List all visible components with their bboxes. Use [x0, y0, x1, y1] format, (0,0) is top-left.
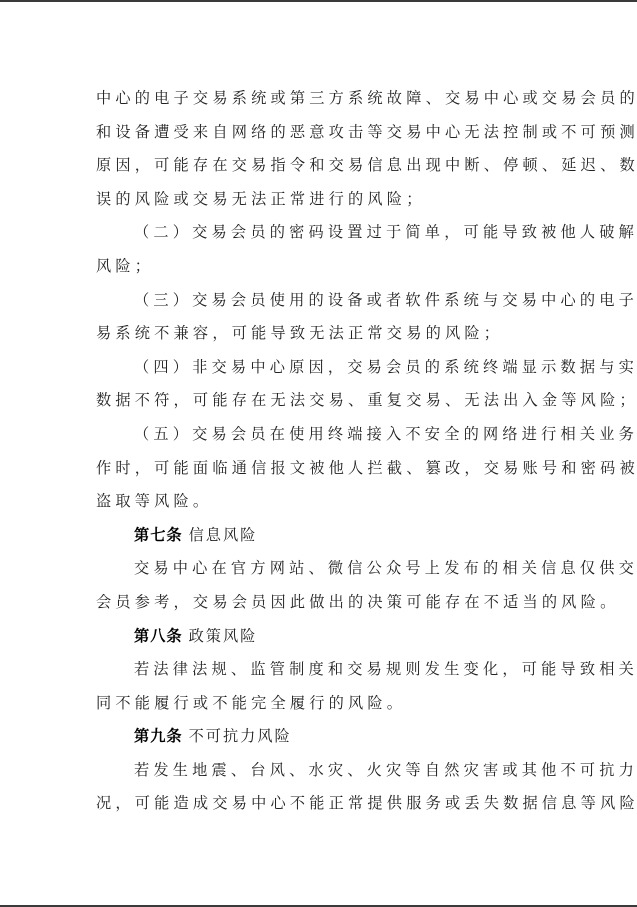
article-heading: 第九条不可抗力风险: [96, 720, 542, 754]
article-title: 不可抗力风险: [189, 727, 292, 745]
text-line: 误的风险或交易无法正常进行的风险；: [96, 183, 542, 217]
text-line: 和设备遭受来自网络的恶意攻击等交易中心无法控制或不可预测的: [96, 116, 542, 150]
article-title: 信息风险: [189, 526, 258, 544]
text-line: 中心的电子交易系统或第三方系统故障、交易中心或交易会员的网络: [96, 82, 542, 116]
article-title: 政策风险: [189, 627, 258, 645]
article-number: 第八条: [134, 627, 183, 645]
text-line: 会员参考，交易会员因此做出的决策可能存在不适当的风险。: [96, 586, 542, 620]
list-item-5: （五）交易会员在使用终端接入不安全的网络进行相关业务操 作时，可能面临通信报文被…: [96, 418, 542, 519]
text-line: 若法律法规、监管制度和交易规则发生变化，可能导致相关合: [96, 653, 542, 687]
text-line: 原因，可能存在交易指令和交易信息出现中断、停顿、延迟、数据错: [96, 149, 542, 183]
text-line: 况，可能造成交易中心不能正常提供服务或丢失数据信息等风险。: [96, 787, 542, 821]
text-line: （四）非交易中心原因，交易会员的系统终端显示数据与实际: [96, 351, 542, 385]
article-8: 第八条政策风险 若法律法规、监管制度和交易规则发生变化，可能导致相关合 同不能履…: [96, 620, 542, 721]
list-item-2: （二）交易会员的密码设置过于简单，可能导致被他人破解的 风险；: [96, 216, 542, 283]
text-line: （三）交易会员使用的设备或者软件系统与交易中心的电子交: [96, 284, 542, 318]
article-heading: 第八条政策风险: [96, 620, 542, 654]
article-heading: 第七条信息风险: [96, 519, 542, 553]
text-line: 若发生地震、台风、水灾、火灾等自然灾害或其他不可抗力情: [96, 754, 542, 788]
text-line: 作时，可能面临通信报文被他人拦截、篡改，交易账号和密码被他人: [96, 452, 542, 486]
article-number: 第九条: [134, 727, 183, 745]
text-line: 盗取等风险。: [96, 485, 542, 519]
text-line: 易系统不兼容，可能导致无法正常交易的风险；: [96, 317, 542, 351]
text-line: （五）交易会员在使用终端接入不安全的网络进行相关业务操: [96, 418, 542, 452]
page-top-border: [0, 0, 637, 2]
text-line: （二）交易会员的密码设置过于简单，可能导致被他人破解的: [96, 216, 542, 250]
list-item-4: （四）非交易中心原因，交易会员的系统终端显示数据与实际 数据不符，可能存在无法交…: [96, 351, 542, 418]
text-line: 风险；: [96, 250, 542, 284]
text-line: 同不能履行或不能完全履行的风险。: [96, 687, 542, 721]
article-number: 第七条: [134, 526, 183, 544]
text-line: 交易中心在官方网站、微信公众号上发布的相关信息仅供交易: [96, 552, 542, 586]
article-7: 第七条信息风险 交易中心在官方网站、微信公众号上发布的相关信息仅供交易 会员参考…: [96, 519, 542, 620]
text-line: 数据不符，可能存在无法交易、重复交易、无法出入金等风险；: [96, 384, 542, 418]
document-page: 中心的电子交易系统或第三方系统故障、交易中心或交易会员的网络 和设备遭受来自网络…: [96, 82, 542, 821]
paragraph-system-failure-continued: 中心的电子交易系统或第三方系统故障、交易中心或交易会员的网络 和设备遭受来自网络…: [96, 82, 542, 216]
list-item-3: （三）交易会员使用的设备或者软件系统与交易中心的电子交 易系统不兼容，可能导致无…: [96, 284, 542, 351]
article-9: 第九条不可抗力风险 若发生地震、台风、水灾、火灾等自然灾害或其他不可抗力情 况，…: [96, 720, 542, 821]
